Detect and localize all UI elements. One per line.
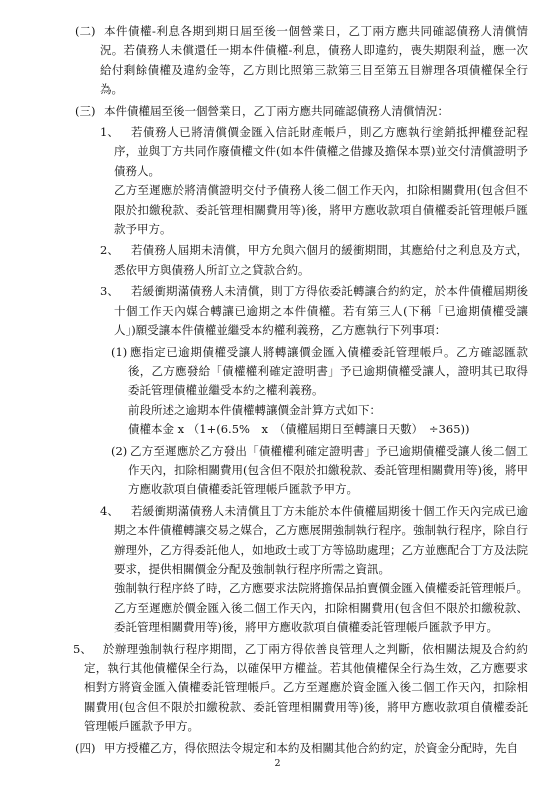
item-3-paragraph-1: 若緩衝期滿債務人未清償，則丁方得依委託轉讓合約約定，於本件債權屆期後十個工作天內… [114,282,528,340]
item-1-paragraph-2: 乙方至遲應於將清償證明交付予債務人後二個工作天內，扣除相關費用(包含但不限於扣繳… [114,181,528,239]
item-3-subitem-1: (1) 應指定已逾期債權受讓人將轉讓價金匯入債權委託管理帳戶。乙方確認匯款後，乙… [0,343,555,440]
transfer-price-formula: 債權本金 x （1+(6.5% x （債權屆期日至轉讓日天數） ÷365)) [128,420,528,439]
clause-3-item-5: 5、 於辦理強制執行程序期間，乙丁兩方得依善良管理人之判斷，依相關法規及合約約定… [0,640,555,737]
item-1-paragraph-1: 若債務人已將清償價金匯入信託財產帳戶，則乙方應執行塗銷抵押權登記程序，並與丁方共… [114,123,528,181]
clause-3-item-2: 2、 若債務人屆期未清償，甲方允與六個月的緩衝期間，其應給付之利息及方式，悉依甲… [0,241,555,280]
clause-2: (二) 本件債權-利息各期到期日屆至後一個營業日，乙丁兩方應共同確認債務人清償情… [0,22,555,100]
item-2-paragraph-1: 若債務人屆期未清償，甲方允與六個月的緩衝期間，其應給付之利息及方式，悉依甲方與債… [114,241,528,280]
item-5-marker: 5、 [73,640,92,659]
clause-3-item-4: 4、 若緩衝期滿債務人未清償且丁方未能於本件債權屆期後十個工作天內完成已逾期之本… [0,502,555,638]
subitem-1-paragraph-1: 應指定已逾期債權受讓人將轉讓價金匯入債權委託管理帳戶。乙方確認匯款後，乙方應發給… [128,343,528,401]
subitem-1-marker: (1) [111,343,127,362]
clause-4: (四) 甲方授權乙方，得依照法令規定和本約及相關其他合約約定，於資金分配時，先自 [0,739,555,758]
item-3-marker: 3、 [100,282,119,301]
clause-3: (三) 本件債權屆至後一個營業日，乙丁兩方應共同確認債務人清償情況： [0,102,555,121]
item-4-paragraph-1: 若緩衝期滿債務人未清償且丁方未能於本件債權屆期後十個工作天內完成已逾期之本件債權… [114,502,528,580]
clause-4-text: 甲方授權乙方，得依照法令規定和本約及相關其他合約約定，於資金分配時，先自 [100,739,528,758]
subitem-2-marker: (2) [111,442,127,461]
item-5-paragraph-1: 於辦理強制執行程序期間，乙丁兩方得依善良管理人之判斷，依相關法規及合約約定，執行… [84,640,528,737]
subitem-1-paragraph-2: 前段所述之逾期本件債權轉讓價金計算方式如下： [128,401,528,420]
subitem-2-paragraph-1: 乙方至遲應於乙方發出「債權權利確定證明書」予已逾期債權受讓人後二個工作天內，扣除… [128,442,528,500]
clause-4-marker: (四) [75,739,95,758]
item-4-paragraph-2: 強制執行程序終了時，乙方應要求法院將擔保品拍賣價金匯入債權委託管理帳戶。乙方至遲… [114,579,528,637]
item-2-marker: 2、 [100,241,119,260]
clause-3-item-3: 3、 若緩衝期滿債務人未清償，則丁方得依委託轉讓合約約定，於本件債權屆期後十個工… [0,282,555,340]
item-3-subitem-2: (2) 乙方至遲應於乙方發出「債權權利確定證明書」予已逾期債權受讓人後二個工作天… [0,442,555,500]
item-4-marker: 4、 [100,502,119,521]
document-content: (二) 本件債權-利息各期到期日屆至後一個營業日，乙丁兩方應共同確認債務人清償情… [0,0,555,758]
clause-2-marker: (二) [75,22,95,41]
page-number: 2 [0,758,555,770]
clause-3-text: 本件債權屆至後一個營業日，乙丁兩方應共同確認債務人清償情況： [100,102,528,121]
item-1-marker: 1、 [100,123,119,142]
clause-3-marker: (三) [75,102,95,121]
clause-2-text: 本件債權-利息各期到期日屆至後一個營業日，乙丁兩方應共同確認債務人清償情況。若債… [100,22,528,100]
document-page: (二) 本件債權-利息各期到期日屆至後一個營業日，乙丁兩方應共同確認債務人清償情… [0,0,555,804]
clause-3-item-1: 1、 若債務人已將清償價金匯入信託財產帳戶，則乙方應執行塗銷抵押權登記程序，並與… [0,123,555,239]
